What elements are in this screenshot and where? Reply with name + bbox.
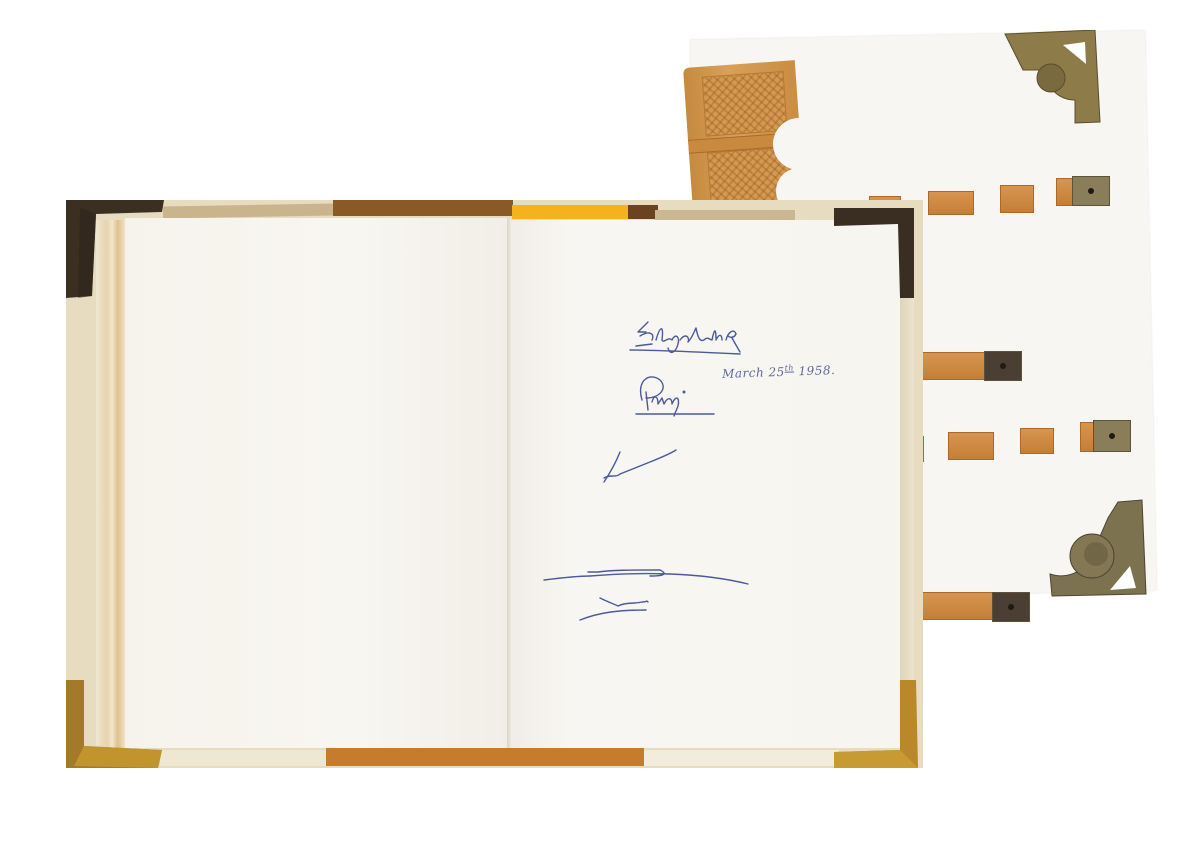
metal-clasp-plate [1093, 420, 1131, 452]
date-suffix: th [784, 363, 794, 372]
left-page [125, 218, 510, 748]
dark-corner-top-left-icon [66, 200, 166, 300]
cover-top-strip-tan [655, 210, 795, 220]
right-page [510, 220, 900, 748]
rivet-hole [1088, 188, 1094, 194]
date-prefix: March 25 [722, 365, 785, 381]
brass-corner-top-right-icon [1003, 30, 1103, 125]
leather-strap [914, 352, 986, 380]
brass-corner-bottom-right-icon [1048, 498, 1150, 598]
cover-top-strip-dark [628, 205, 658, 219]
metal-clasp-dark [984, 351, 1022, 381]
metal-clasp-dark [992, 592, 1030, 622]
book-gutter [507, 218, 511, 750]
yellow-ribbon-marker [512, 205, 628, 219]
right-page-edge [900, 232, 914, 742]
brass-corner-bottom-left-icon [66, 680, 162, 770]
leather-tab [1020, 428, 1054, 454]
spine-scallop [773, 118, 825, 170]
leather-bottom-strip [326, 748, 644, 766]
cover-bottom-strip [160, 750, 330, 766]
brass-corner-bottom-right-icon [834, 680, 920, 770]
leather-tab [948, 432, 994, 460]
leather-tab [928, 191, 974, 215]
dark-corner-top-right-icon [834, 208, 916, 298]
rivet-hole [1000, 363, 1006, 369]
rivet-hole [1109, 433, 1115, 439]
spine-tooled-panel-top [702, 71, 788, 137]
metal-clasp-plate [1072, 176, 1110, 206]
leather-tab [1000, 185, 1034, 213]
cover-top-strip-brown [333, 200, 513, 216]
rivet-hole [1008, 604, 1014, 610]
leather-strap [918, 592, 994, 620]
cover-bottom-strip-cream [644, 750, 839, 766]
date-year: 1958. [798, 363, 835, 378]
